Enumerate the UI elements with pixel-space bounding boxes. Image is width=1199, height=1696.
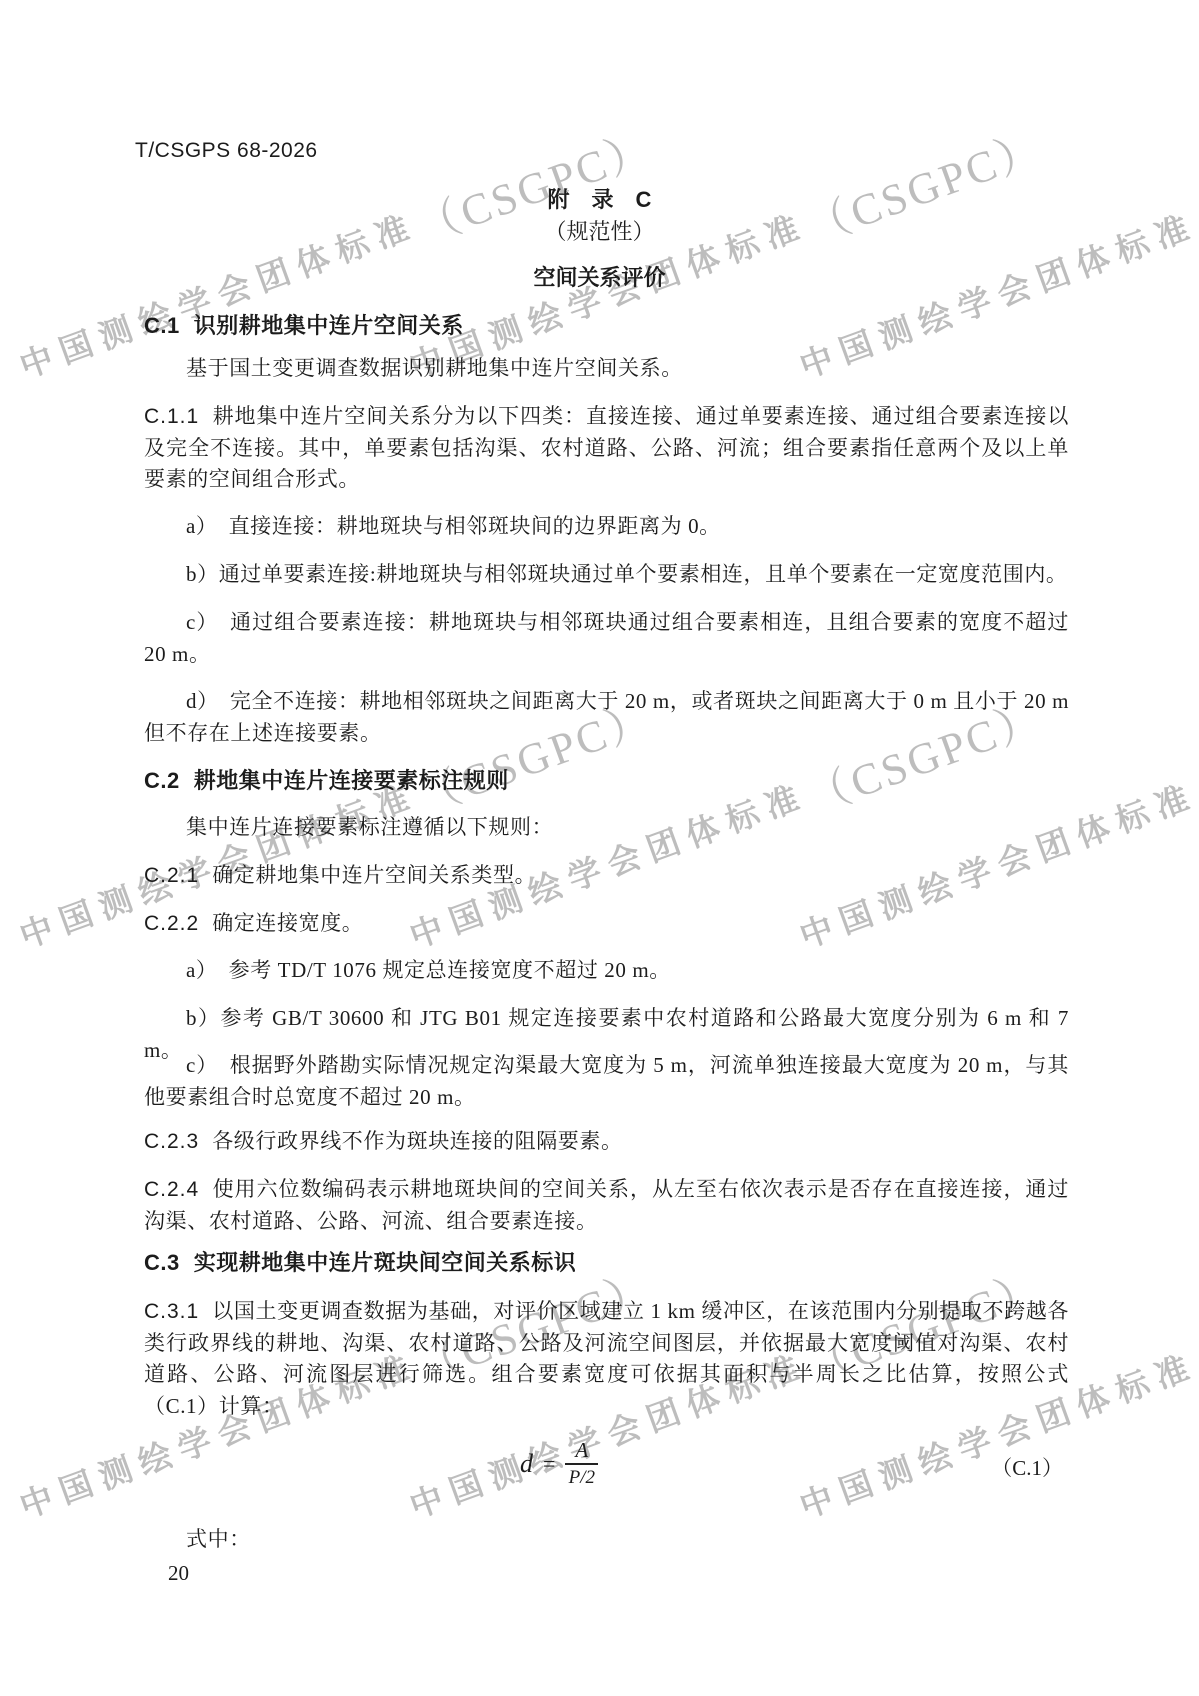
fraction-denominator: P/2: [569, 1465, 595, 1490]
clause-number: C.3.1: [144, 1300, 199, 1323]
clause-c22: C.2.2确定连接宽度。: [144, 908, 1069, 940]
formula-number: （C.1）: [991, 1452, 1063, 1482]
section-title: 实现耕地集中连片斑块间空间关系标识: [194, 1250, 577, 1275]
document-page: 中国测绘学会团体标准（CSGPC） 中国测绘学会团体标准（CSGPC） 中国测绘…: [0, 0, 1199, 1696]
section-heading-c2: C.2耕地集中连片连接要素标注规则: [144, 765, 1069, 797]
appendix-title: 空间关系评价: [0, 262, 1199, 294]
clause-number: C.2.2: [144, 912, 199, 935]
section-number: C.1: [144, 313, 180, 338]
clause-number: C.2.1: [144, 864, 199, 887]
formula-lhs: d: [520, 1449, 533, 1479]
section-number: C.3: [144, 1250, 180, 1275]
formula-c1: d = A P/2 （C.1）: [144, 1425, 1069, 1515]
formula-expression: d = A P/2: [520, 1437, 598, 1490]
clause-text: 以国土变更调查数据为基础，对评价区域建立 1 km 缓冲区，在该范围内分别提取不…: [144, 1299, 1069, 1418]
clause-text: 确定连接宽度。: [212, 911, 363, 935]
clause-number: C.2.3: [144, 1130, 199, 1153]
section-title: 耕地集中连片连接要素标注规则: [194, 768, 509, 793]
fraction: A P/2: [565, 1437, 598, 1490]
clause-c21: C.2.1确定耕地集中连片空间关系类型。: [144, 860, 1069, 892]
section-title: 识别耕地集中连片空间关系: [194, 313, 464, 338]
list-item-b: b）通过单要素连接:耕地斑块与相邻斑块通过单个要素相连，且单个要素在一定宽度范围…: [144, 559, 1069, 591]
list-item-a: a） 直接连接：耕地斑块与相邻斑块间的边界距离为 0。: [144, 511, 1069, 543]
equals-sign: =: [543, 1451, 555, 1477]
paragraph: 基于国土变更调查数据识别耕地集中连片空间关系。: [144, 353, 1069, 385]
appendix-label: 附 录 C: [0, 184, 1199, 216]
list-item-d: d） 完全不连接：耕地相邻斑块之间距离大于 20 m，或者斑块之间距离大于 0 …: [144, 686, 1069, 749]
clause-text: 使用六位数编码表示耕地斑块间的空间关系，从左至右依次表示是否存在直接连接，通过沟…: [144, 1177, 1069, 1233]
list-item-c: c） 通过组合要素连接：耕地斑块与相邻斑块通过组合要素相连，且组合要素的宽度不超…: [144, 607, 1069, 670]
clause-text: 各级行政界线不作为斑块连接的阻隔要素。: [212, 1129, 622, 1153]
section-heading-c1: C.1识别耕地集中连片空间关系: [144, 310, 1069, 342]
clause-text: 确定耕地集中连片空间关系类型。: [212, 863, 536, 887]
clause-c11: C.1.1耕地集中连片空间关系分为以下四类：直接连接、通过单要素连接、通过组合要…: [144, 401, 1069, 496]
page-content: T/CSGPS 68-2026 附 录 C （规范性） 空间关系评价 C.1识别…: [0, 0, 1199, 1696]
list-item-a: a） 参考 TD/T 1076 规定总连接宽度不超过 20 m。: [144, 955, 1069, 987]
fraction-numerator: A: [565, 1437, 598, 1465]
section-heading-c3: C.3实现耕地集中连片斑块间空间关系标识: [144, 1247, 1069, 1279]
clause-c24: C.2.4使用六位数编码表示耕地斑块间的空间关系，从左至右依次表示是否存在直接连…: [144, 1174, 1069, 1237]
page-number: 20: [168, 1557, 189, 1589]
list-item-c: c） 根据野外踏勘实际情况规定沟渠最大宽度为 5 m，河流单独连接最大宽度为 2…: [144, 1050, 1069, 1113]
paragraph: 集中连片连接要素标注遵循以下规则：: [144, 812, 1069, 844]
normative-label: （规范性）: [0, 216, 1199, 248]
clause-number: C.1.1: [144, 405, 199, 428]
clause-c23: C.2.3各级行政界线不作为斑块连接的阻隔要素。: [144, 1126, 1069, 1158]
doc-code: T/CSGPS 68-2026: [135, 139, 318, 163]
clause-text: 耕地集中连片空间关系分为以下四类：直接连接、通过单要素连接、通过组合要素连接以及…: [144, 404, 1069, 491]
clause-c31: C.3.1以国土变更调查数据为基础，对评价区域建立 1 km 缓冲区，在该范围内…: [144, 1296, 1069, 1422]
section-number: C.2: [144, 768, 180, 793]
paragraph-where: 式中：: [144, 1524, 1069, 1556]
clause-number: C.2.4: [144, 1178, 199, 1201]
